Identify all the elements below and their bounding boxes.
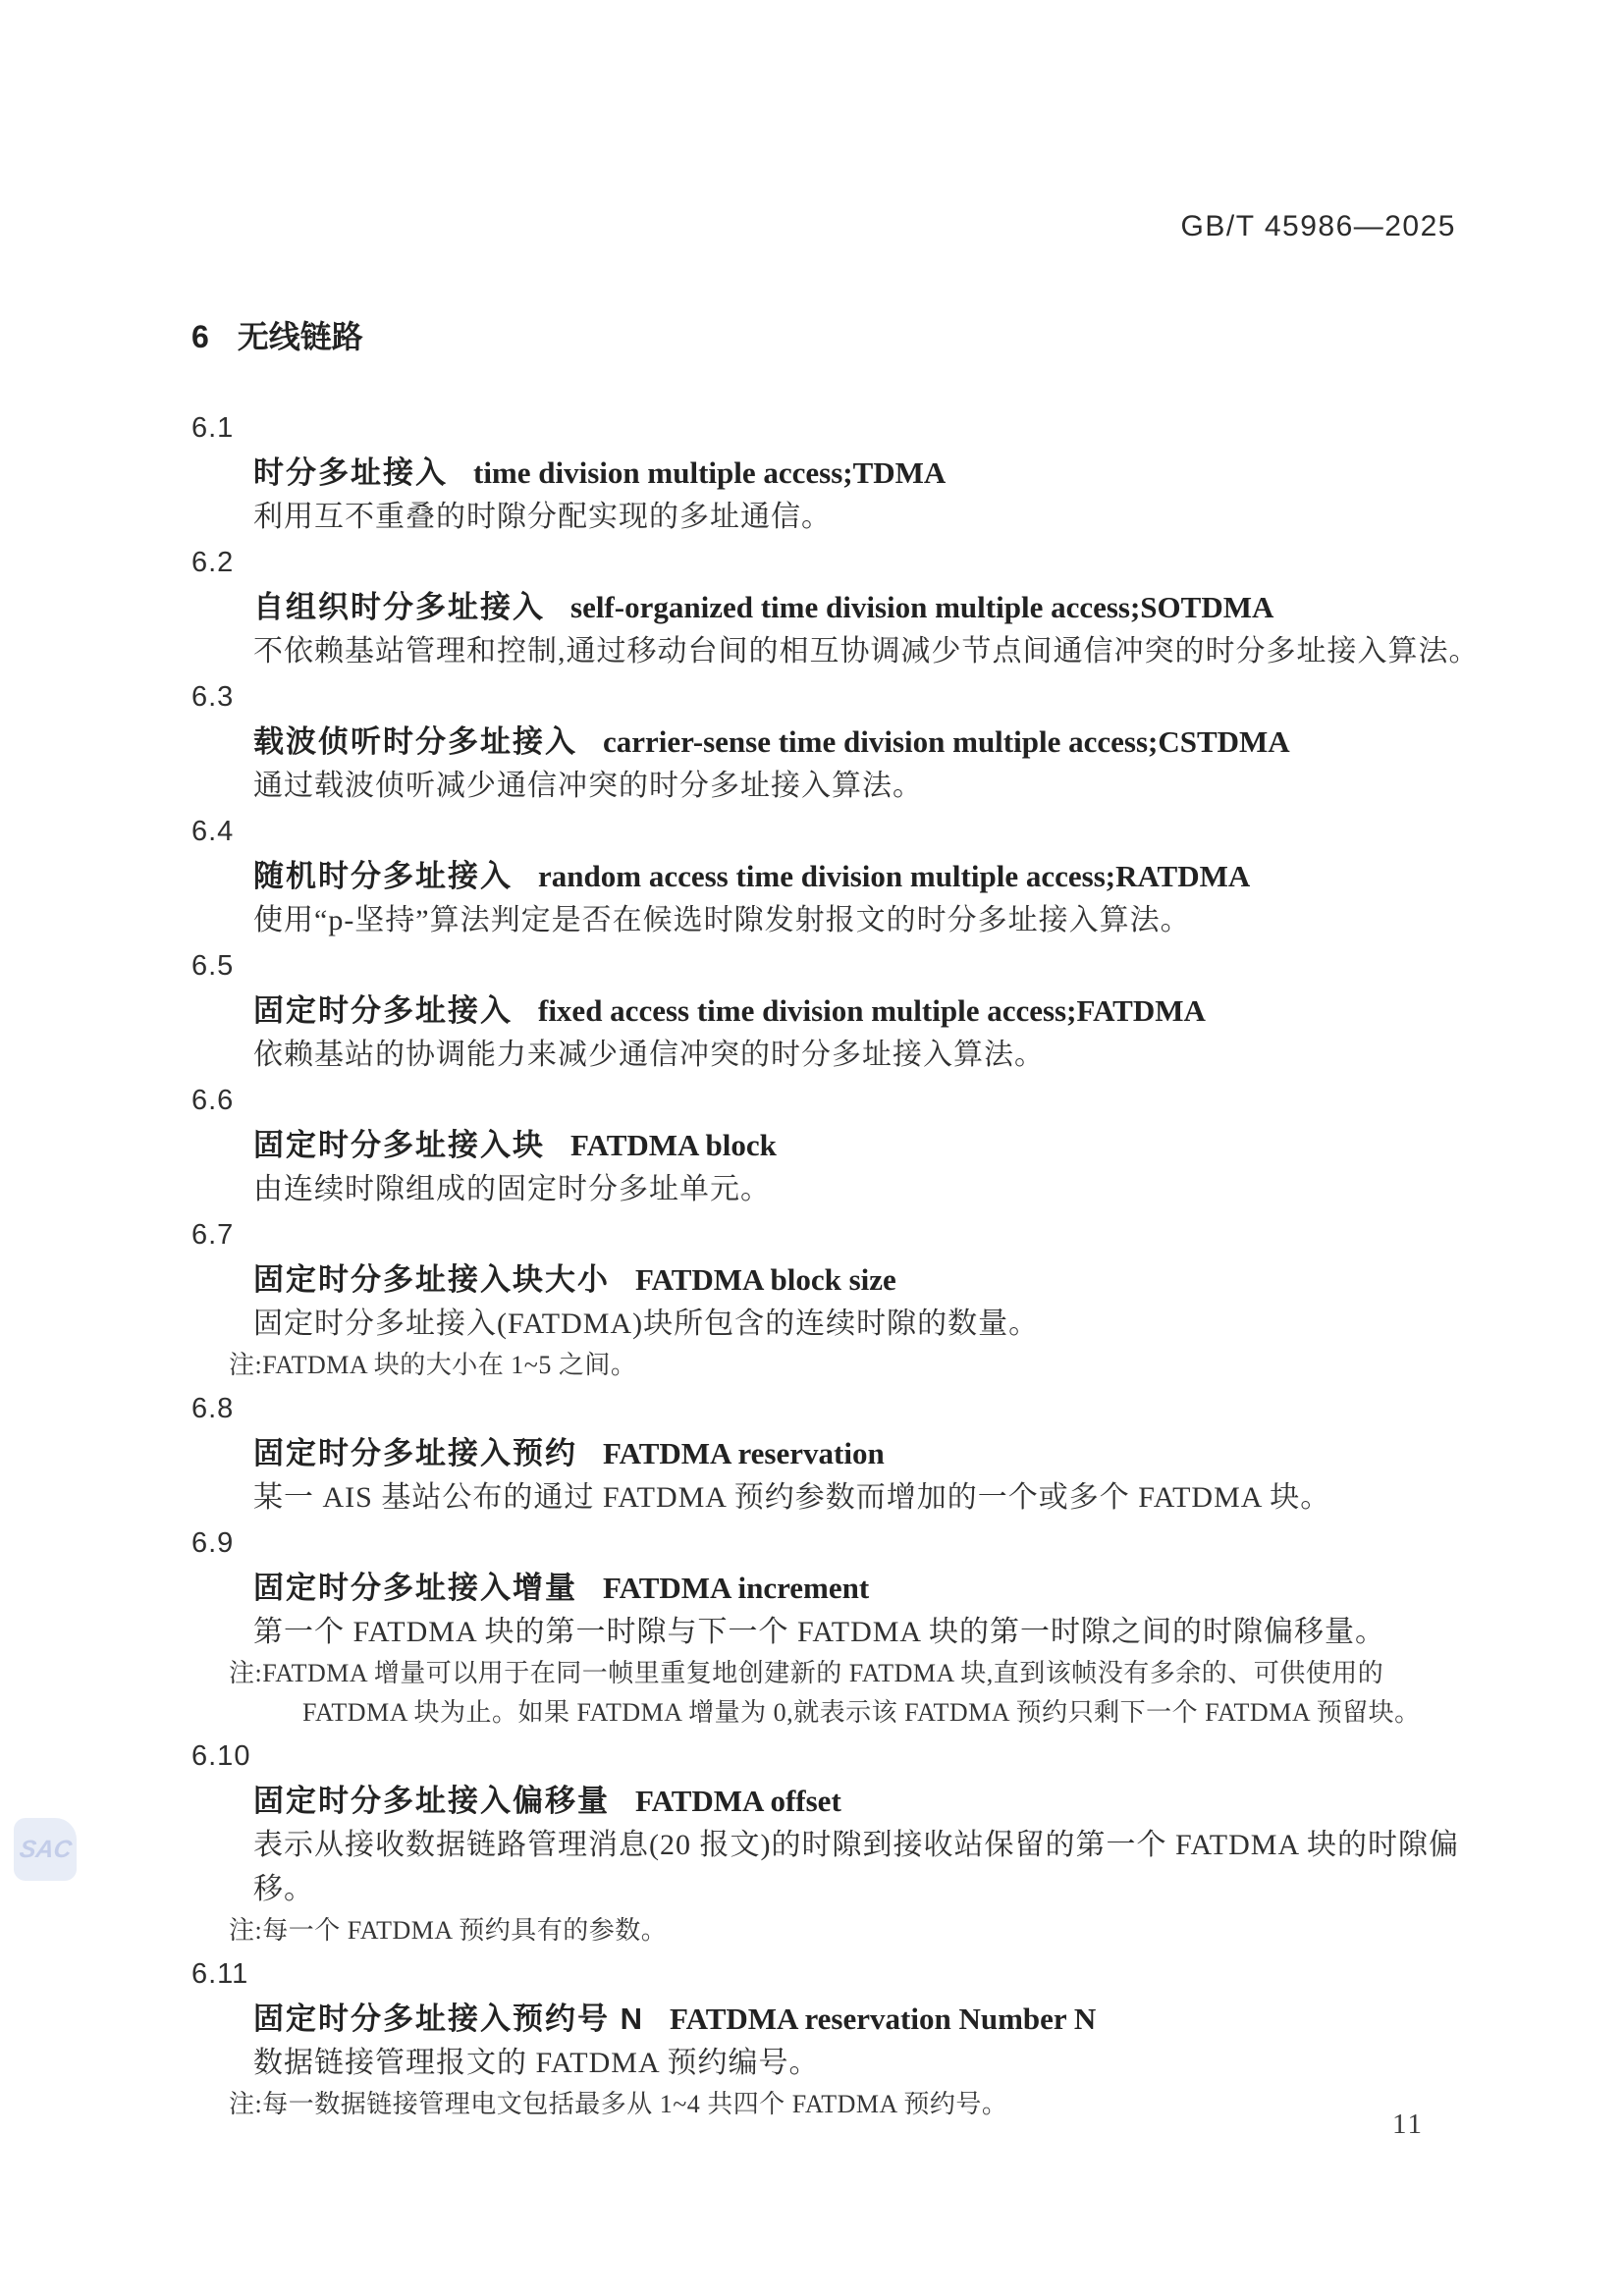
term-definition: 通过载波侦听减少通信冲突的时分多址接入算法。: [253, 764, 1481, 808]
document-page: GB/T 45986—2025 6无线链路 6.1时分多址接入time divi…: [0, 0, 1624, 2296]
term-line: 固定时分多址接入偏移量FATDMA offset: [253, 1779, 1478, 1823]
term-entry: 6.5固定时分多址接入fixed access time division mu…: [191, 944, 1478, 1077]
term-note: 注:每一数据链接管理电文包括最多从 1~4 共四个 FATDMA 预约号。: [229, 2085, 1476, 2124]
term-english: FATDMA increment: [603, 1571, 869, 1605]
term-english: FATDMA reservation: [603, 1436, 885, 1470]
term-line: 固定时分多址接入预约FATDMA reservation: [253, 1431, 1478, 1475]
page-content: 6无线链路 6.1时分多址接入time division multiple ac…: [191, 314, 1478, 2126]
term-definition: 第一个 FATDMA 块的第一时隙与下一个 FATDMA 块的第一时隙之间的时隙…: [253, 1610, 1481, 1654]
page-number: 11: [1379, 2109, 1437, 2141]
term-line: 时分多址接入time division multiple access;TDMA: [253, 451, 1478, 495]
term-english: carrier-sense time division multiple acc…: [603, 724, 1290, 759]
term-line: 固定时分多址接入fixed access time division multi…: [253, 988, 1478, 1033]
term-entry: 6.8固定时分多址接入预约FATDMA reservation某一 AIS 基站…: [191, 1387, 1478, 1520]
clause-number: 6.5: [191, 944, 1478, 988]
term-english: FATDMA reservation Number N: [670, 2002, 1096, 2036]
term-line: 固定时分多址接入块大小FATDMA block size: [253, 1257, 1478, 1302]
term-entry: 6.4随机时分多址接入random access time division m…: [191, 810, 1478, 942]
term-entry: 6.1时分多址接入time division multiple access;T…: [191, 406, 1478, 539]
term-definition: 利用互不重叠的时隙分配实现的多址通信。: [253, 495, 1481, 539]
term-definition: 使用“p-坚持”算法判定是否在候选时隙发射报文的时分多址接入算法。: [253, 898, 1481, 942]
clause-number: 6.1: [191, 406, 1478, 451]
term-chinese: 固定时分多址接入预约号 N: [253, 2002, 644, 2036]
term-definition: 依赖基站的协调能力来减少通信冲突的时分多址接入算法。: [253, 1033, 1481, 1077]
term-note: 注:FATDMA 增量可以用于在同一帧里重复地创建新的 FATDMA 块,直到该…: [229, 1654, 1476, 1733]
term-english: FATDMA offset: [635, 1784, 841, 1818]
sac-logo-text: SAC: [18, 1836, 74, 1864]
clause-number: 6.11: [191, 1952, 1478, 1997]
clause-number: 6.10: [191, 1735, 1478, 1779]
clause-number: 6.6: [191, 1079, 1478, 1123]
term-definition: 由连续时隙组成的固定时分多址单元。: [253, 1167, 1481, 1211]
term-definition: 表示从接收数据链路管理消息(20 报文)的时隙到接收站保留的第一个 FATDMA…: [253, 1823, 1481, 1911]
term-chinese: 固定时分多址接入: [253, 993, 513, 1028]
term-chinese: 时分多址接入: [253, 455, 448, 490]
clause-number: 6.2: [191, 541, 1478, 585]
term-entry: 6.2自组织时分多址接入self-organized time division…: [191, 541, 1478, 673]
term-line: 固定时分多址接入预约号 NFATDMA reservation Number N: [253, 1997, 1478, 2041]
term-definition: 数据链接管理报文的 FATDMA 预约编号。: [253, 2041, 1481, 2085]
term-entry: 6.6固定时分多址接入块FATDMA block由连续时隙组成的固定时分多址单元…: [191, 1079, 1478, 1211]
term-chinese: 固定时分多址接入块: [253, 1128, 545, 1162]
term-note: 注:每一个 FATDMA 预约具有的参数。: [229, 1911, 1476, 1950]
section-heading: 6无线链路: [191, 314, 1478, 359]
term-line: 载波侦听时分多址接入carrier-sense time division mu…: [253, 720, 1478, 764]
term-chinese: 载波侦听时分多址接入: [253, 724, 577, 759]
term-line: 自组织时分多址接入self-organized time division mu…: [253, 585, 1478, 629]
term-chinese: 固定时分多址接入预约: [253, 1436, 577, 1470]
term-chinese: 随机时分多址接入: [253, 859, 513, 893]
term-english: fixed access time division multiple acce…: [538, 993, 1206, 1028]
term-entry: 6.7固定时分多址接入块大小FATDMA block size固定时分多址接入(…: [191, 1213, 1478, 1385]
term-definition: 某一 AIS 基站公布的通过 FATDMA 预约参数而增加的一个或多个 FATD…: [253, 1475, 1481, 1520]
term-line: 随机时分多址接入random access time division mult…: [253, 854, 1478, 898]
term-chinese: 自组织时分多址接入: [253, 590, 545, 624]
term-entry: 6.9固定时分多址接入增量FATDMA increment第一个 FATDMA …: [191, 1522, 1478, 1733]
term-chinese: 固定时分多址接入块大小: [253, 1262, 610, 1297]
term-note: 注:FATDMA 块的大小在 1~5 之间。: [229, 1346, 1476, 1385]
sac-logo: SAC: [14, 1818, 77, 1881]
clause-number: 6.3: [191, 675, 1478, 720]
term-line: 固定时分多址接入增量FATDMA increment: [253, 1566, 1478, 1610]
term-english: time division multiple access;TDMA: [473, 455, 946, 490]
term-definition: 不依赖基站管理和控制,通过移动台间的相互协调减少节点间通信冲突的时分多址接入算法…: [253, 629, 1481, 673]
section-number: 6: [191, 319, 210, 354]
term-english: FATDMA block size: [635, 1262, 896, 1297]
term-chinese: 固定时分多址接入增量: [253, 1571, 577, 1605]
term-definition: 固定时分多址接入(FATDMA)块所包含的连续时隙的数量。: [253, 1302, 1481, 1346]
section-title: 无线链路: [238, 319, 363, 354]
term-english: random access time division multiple acc…: [538, 859, 1250, 893]
term-entry: 6.3载波侦听时分多址接入carrier-sense time division…: [191, 675, 1478, 808]
entries: 6.1时分多址接入time division multiple access;T…: [191, 406, 1478, 2124]
clause-number: 6.9: [191, 1522, 1478, 1566]
clause-number: 6.7: [191, 1213, 1478, 1257]
clause-number: 6.8: [191, 1387, 1478, 1431]
term-entry: 6.11固定时分多址接入预约号 NFATDMA reservation Numb…: [191, 1952, 1478, 2124]
term-english: FATDMA block: [570, 1128, 777, 1162]
clause-number: 6.4: [191, 810, 1478, 854]
term-english: self-organized time division multiple ac…: [570, 590, 1273, 624]
term-line: 固定时分多址接入块FATDMA block: [253, 1123, 1478, 1167]
term-entry: 6.10固定时分多址接入偏移量FATDMA offset表示从接收数据链路管理消…: [191, 1735, 1478, 1950]
term-chinese: 固定时分多址接入偏移量: [253, 1784, 610, 1818]
document-code-header: GB/T 45986—2025: [0, 210, 1456, 243]
